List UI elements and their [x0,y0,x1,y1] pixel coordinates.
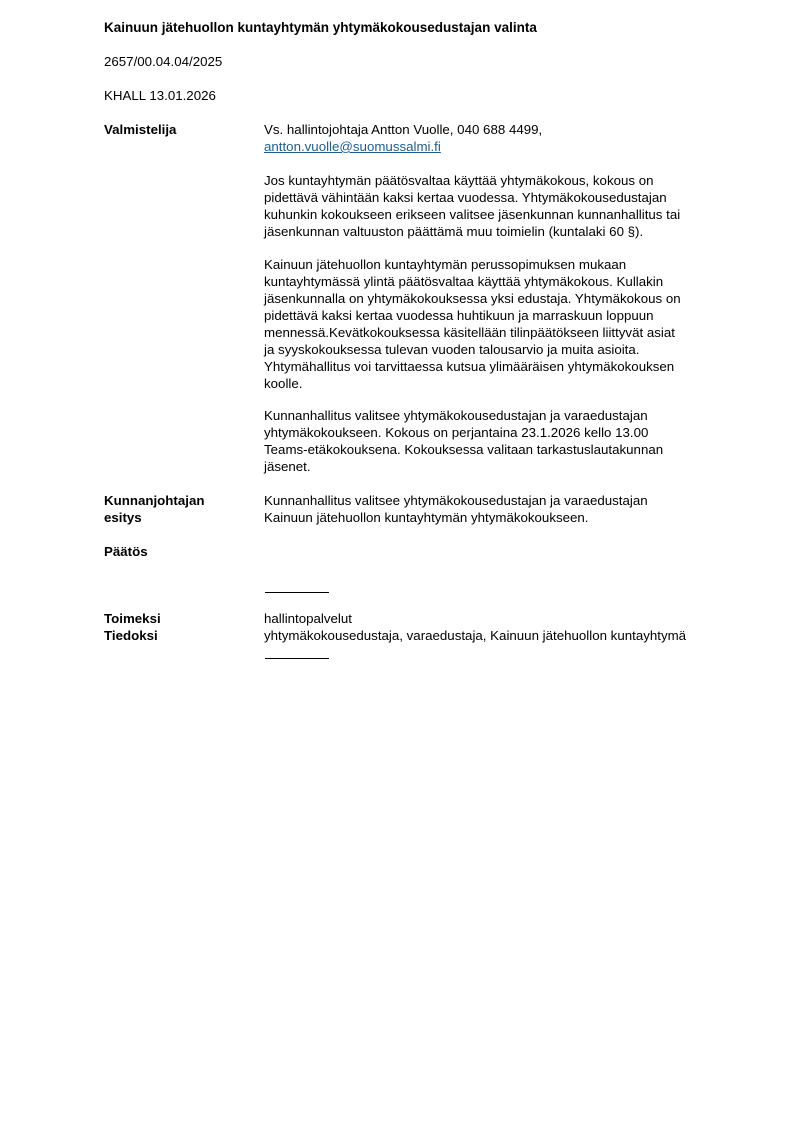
tiedoksi-value: yhtymäkokousedustaja, varaedustaja, Kain… [264,627,734,644]
tiedoksi-text: yhtymäkokousedustaja, varaedustaja, Kain… [264,627,734,644]
tiedoksi-label: Tiedoksi [104,627,158,644]
paragraph-line: jäsenkunnalla on yhtymäkokouksessa yksi … [264,290,734,307]
paragraph-line: koolle. [264,375,734,392]
decision-label: Päätös [104,543,148,560]
divider [265,658,329,659]
reference-number: 2657/00.04.04/2025 [104,54,222,69]
paragraph-3: Kunnanhallitus valitsee yhtymäkokousedus… [264,407,734,475]
paragraph-line: Yhtymähallitus voi tarvittaessa kutsua y… [264,358,734,375]
toimeksi-label: Toimeksi [104,610,161,627]
paragraph-line: ja syyskokouksessa tulevan vuoden talous… [264,341,734,358]
proposal-text: Kunnanhallitus valitsee yhtymäkokousedus… [264,492,734,526]
proposal-line: Kainuun jätehuollon kuntayhtymän yhtymäk… [264,509,734,526]
toimeksi-text: hallintopalvelut [264,610,734,627]
toimeksi-value: hallintopalvelut [264,610,734,627]
paragraph-line: kuntayhtymässä ylintä päätösvaltaa käytt… [264,273,734,290]
valmistelija-label: Valmistelija [104,121,176,138]
document-title: Kainuun jätehuollon kuntayhtymän yhtymäk… [104,20,537,35]
paragraph-line: jäsenet. [264,458,734,475]
proposal-label-line: esitys [104,509,204,526]
paragraph-line: mennessä.Kevätkokouksessa käsitellään ti… [264,324,734,341]
paragraph-line: kuhunkin kokoukseen erikseen valitsee jä… [264,206,734,223]
email-link[interactable]: antton.vuolle@suomussalmi.fi [264,139,441,154]
proposal-label-line: Kunnanjohtajan [104,492,204,509]
paragraph-line: Teams-etäkokouksena. Kokouksessa valitaa… [264,441,734,458]
paragraph-line: jäsenkunnan valtuuston päättämä muu toim… [264,223,734,240]
paragraph-line: Kunnanhallitus valitsee yhtymäkokousedus… [264,407,734,424]
paragraph-2: Kainuun jätehuollon kuntayhtymän perusso… [264,256,734,392]
proposal-line: Kunnanhallitus valitsee yhtymäkokousedus… [264,492,734,509]
paragraph-line: yhtymäkokoukseen. Kokous on perjantaina … [264,424,734,441]
paragraph-1: Jos kuntayhtymän päätösvaltaa käyttää yh… [264,172,734,240]
proposal-label: Kunnanjohtajan esitys [104,492,204,526]
preparer-line: Vs. hallintojohtaja Antton Vuolle, 040 6… [264,121,734,138]
meeting-date: KHALL 13.01.2026 [104,88,216,103]
divider [265,592,329,593]
valmistelija-section: Vs. hallintojohtaja Antton Vuolle, 040 6… [264,121,734,155]
paragraph-line: pidettävä vähintään kaksi kertaa vuodess… [264,189,734,206]
paragraph-line: pidettävä kaksi kertaa vuodessa huhtikuu… [264,307,734,324]
paragraph-line: Kainuun jätehuollon kuntayhtymän perusso… [264,256,734,273]
paragraph-line: Jos kuntayhtymän päätösvaltaa käyttää yh… [264,172,734,189]
